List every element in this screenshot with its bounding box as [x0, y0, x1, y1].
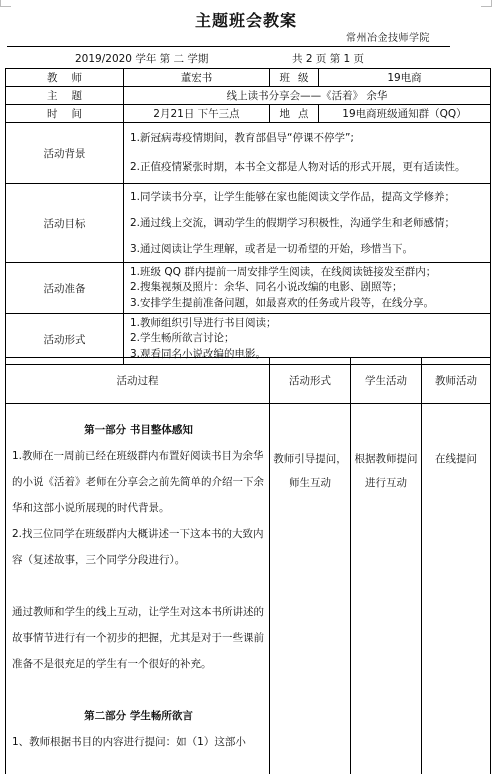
- goal-line: 3.通过阅读让学生理解，或者是一切希望的开始，珍惜当下。: [130, 236, 490, 262]
- part1-paragraph: 2.找三位同学在班级群内大概讲述一下这本书的大致内容（复述故事，三个同学分段进行…: [12, 521, 265, 573]
- goal-line: 2.通过线上交流，调动学生的假期学习积极性，沟通学生和老师感情；: [130, 210, 490, 236]
- page-corner-mark-right: [481, 0, 492, 7]
- part1-summary: 通过教师和学生的线上互动，让学生对这本书所讲述的故事情节进行有一个初步的把握，尤…: [12, 599, 265, 677]
- class-value: 19电商: [319, 69, 491, 87]
- goals-label: 活动目标: [6, 184, 124, 263]
- preparation-label: 活动准备: [6, 263, 124, 314]
- header-teacher-activity: 教师活动: [422, 358, 491, 404]
- class-label: 班级: [270, 69, 319, 87]
- topic-value: 线上读书分享会——《活着》 余华: [124, 87, 491, 105]
- preparation-row: 活动准备 1.班级 QQ 群内提前一周安排学生阅读，在线阅读链接发至群内； 2.…: [6, 263, 491, 314]
- part1-title: 第一部分 书目整体感知: [12, 417, 265, 443]
- background-line: 2.正值疫情紧张时期，本书全文都是人物对话的形式开展，更有适读性。: [130, 153, 490, 182]
- teacher-value: 董宏书: [124, 69, 270, 87]
- goal-line: 1.同学读书分享，让学生能够在家也能阅读文学作品，提高文学修养；: [130, 184, 490, 210]
- background-line: 1.新冠病毒疫情期间，教育部倡导“停课不停学”;: [130, 124, 490, 153]
- preparation-line: 2.搜集视频及照片：余华、同名小说改编的电影、剧照等；: [130, 280, 490, 296]
- part1-student-activity: 根据教师提问进行互动: [351, 404, 422, 774]
- process-content: 第一部分 书目整体感知 1.教师在一周前已经在班级群内布置好阅读书目为余华的小说…: [6, 404, 270, 774]
- place-value: 19电商班级通知群（QQ）: [319, 105, 491, 123]
- header-form: 活动形式: [270, 358, 351, 404]
- part2-title: 第二部分 学生畅所欲言: [12, 703, 265, 729]
- process-body-row: 第一部分 书目整体感知 1.教师在一周前已经在班级群内布置好阅读书目为余华的小说…: [6, 404, 491, 774]
- preparation-line: 1.班级 QQ 群内提前一周安排学生阅读，在线阅读链接发至群内；: [130, 265, 490, 281]
- form-line: 2.学生畅所欲言讨论；: [130, 331, 490, 347]
- part2-paragraph: 1、教师根据书目的内容进行提问：如（1）这部小: [12, 729, 265, 755]
- activity-process-table: 活动过程 活动形式 学生活动 教师活动 第一部分 书目整体感知 1.教师在一周前…: [5, 357, 491, 774]
- process-header-row: 活动过程 活动形式 学生活动 教师活动: [6, 358, 491, 404]
- topic-row: 主题 线上读书分享会——《活着》 余华: [6, 87, 491, 105]
- part1-teacher-activity: 在线提问: [422, 404, 491, 774]
- background-row: 活动背景 1.新冠病毒疫情期间，教育部倡导“停课不停学”; 2.正值疫情紧张时期…: [6, 123, 491, 184]
- time-label: 时间: [6, 105, 124, 123]
- preparation-content: 1.班级 QQ 群内提前一周安排学生阅读，在线阅读链接发至群内； 2.搜集视频及…: [124, 263, 491, 314]
- semester-info: 2019/2020 学年 第 二 学期: [75, 51, 208, 66]
- preparation-line: 3.安排学生提前准备问题，如最喜欢的任务或片段等，在线分享。: [130, 296, 490, 312]
- goals-row: 活动目标 1.同学读书分享，让学生能够在家也能阅读文学作品，提高文学修养； 2.…: [6, 184, 491, 263]
- background-label: 活动背景: [6, 123, 124, 184]
- time-row: 时间 2月21日 下午三点 地点 19电商班级通知群（QQ）: [6, 105, 491, 123]
- teacher-row: 教师 董宏书 班级 19电商: [6, 69, 491, 87]
- part1-paragraph: 1.教师在一周前已经在班级群内布置好阅读书目为余华的小说《活着》老师在分享会之前…: [12, 443, 265, 521]
- page-corner-mark-left: [0, 0, 11, 7]
- school-name: 常州冶金技师学院: [346, 29, 430, 44]
- lesson-info-table: 教师 董宏书 班级 19电商 主题 线上读书分享会——《活着》 余华 时间 2月…: [5, 68, 491, 365]
- header-divider: [7, 46, 450, 47]
- page-count: 共 2 页 第 1 页: [292, 51, 364, 66]
- header-process: 活动过程: [6, 358, 270, 404]
- part1-form: 教师引导提问，师生互动: [270, 404, 351, 774]
- time-value: 2月21日 下午三点: [124, 105, 270, 123]
- place-label: 地点: [270, 105, 319, 123]
- header-student-activity: 学生活动: [351, 358, 422, 404]
- goals-content: 1.同学读书分享，让学生能够在家也能阅读文学作品，提高文学修养； 2.通过线上交…: [124, 184, 491, 263]
- topic-label: 主题: [6, 87, 124, 105]
- teacher-label: 教师: [6, 69, 124, 87]
- background-content: 1.新冠病毒疫情期间，教育部倡导“停课不停学”; 2.正值疫情紧张时期，本书全文…: [124, 123, 491, 184]
- document-title: 主题班会教案: [0, 8, 492, 31]
- form-line: 1.教师组织引导进行书目阅读；: [130, 316, 490, 332]
